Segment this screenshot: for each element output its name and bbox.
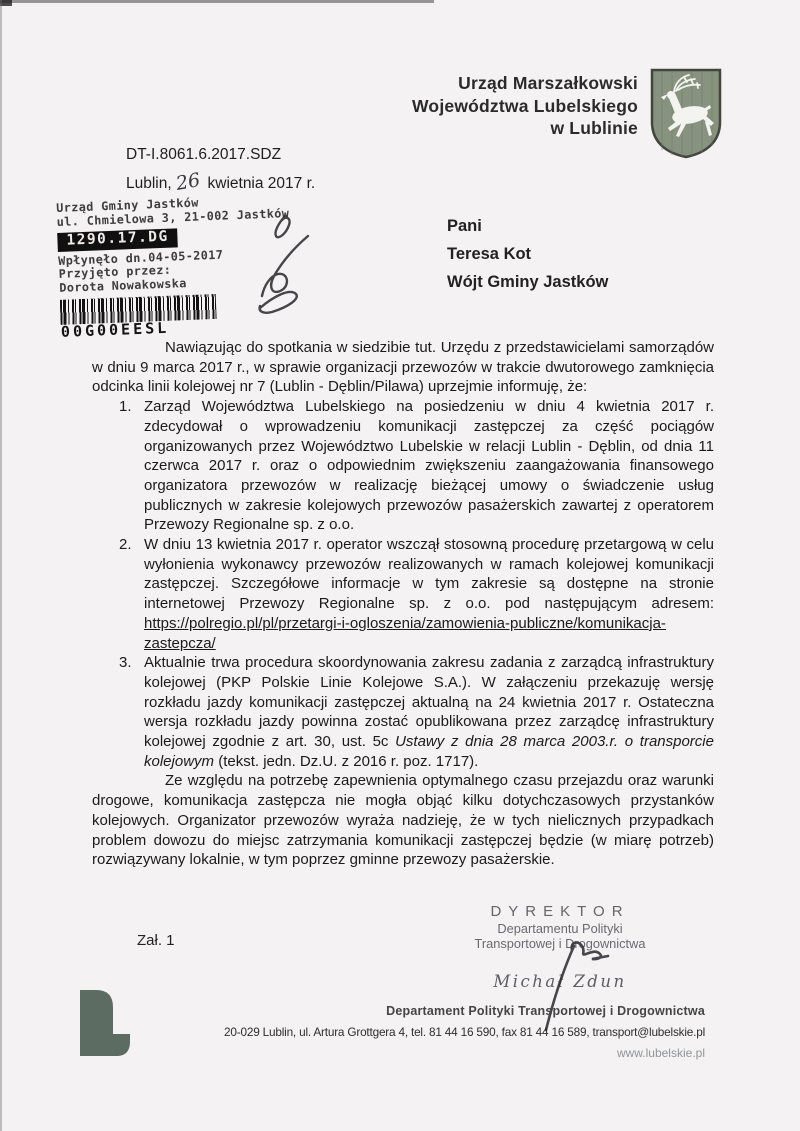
intro-paragraph: Nawiązując do spotkania w siedzibie tut.… (92, 338, 714, 397)
recipient-name: Teresa Kot (447, 240, 608, 268)
footer-department: Departament Polityki Transportowej i Dro… (224, 1004, 705, 1018)
footer-address: 20-029 Lublin, ul. Artura Grottgera 4, t… (224, 1025, 705, 1039)
list-number-1: 1. (119, 397, 132, 417)
signer-dept-line1: Departamentu Polityki (452, 922, 668, 937)
handwritten-day: 26 (174, 169, 202, 195)
letterhead-org: Urząd Marszałkowski Województwa Lubelski… (412, 72, 638, 140)
reference-number: DT-I.8061.6.2017.SDZ (126, 146, 281, 164)
polregio-url: https://polregio.pl/pl/przetargi-i-oglos… (144, 615, 666, 652)
list-item-2-text: W dniu 13 kwietnia 2017 r. operator wszc… (144, 536, 714, 612)
date-prefix: Lublin, (126, 175, 172, 192)
letter-body: Nawiązując do spotkania w siedzibie tut.… (92, 338, 714, 870)
list-item-3-text-after: (tekst. jedn. Dz.U. z 2016 r. poz. 1717)… (214, 753, 478, 770)
date-rest: kwietnia 2017 r. (208, 175, 316, 192)
letterhead-org-line1: Urząd Marszałkowski (412, 72, 638, 95)
list-item-1-text: Zarząd Województwa Lubelskiego na posied… (144, 398, 714, 533)
recipient-title: Wójt Gminy Jastków (447, 268, 608, 296)
footer: Departament Polityki Transportowej i Dro… (224, 1004, 705, 1060)
recipient-salutation: Pani (447, 212, 608, 240)
scan-edge-top (0, 0, 434, 3)
stamp-registration-number: 1290.17.DG (57, 228, 178, 251)
letterhead-org-line2: Województwa Lubelskiego (412, 95, 638, 118)
recipient-block: Pani Teresa Kot Wójt Gminy Jastków (447, 212, 608, 296)
scan-edge-left (0, 0, 2, 1131)
list-item-1: 1. Zarząd Województwa Lubelskiego na pos… (92, 397, 714, 535)
handwritten-mark-icon (190, 208, 320, 323)
coat-of-arms-icon (648, 66, 724, 160)
list-item-3: 3. Aktualnie trwa procedura skoordynowan… (92, 653, 714, 771)
letterhead-org-line3: w Lublinie (412, 117, 638, 140)
signer-title: DYREKTOR (452, 903, 668, 920)
date-line: Lublin, 26 kwietnia 2017 r. (126, 171, 315, 193)
signature-block: DYREKTOR Departamentu Polityki Transport… (452, 903, 668, 991)
footer-website: www.lubelskie.pl (224, 1046, 705, 1060)
closing-paragraph: Ze względu na potrzebę zapewnienia optym… (92, 771, 714, 870)
list-number-3: 3. (119, 653, 132, 673)
list-item-2: 2. W dniu 13 kwietnia 2017 r. operator w… (92, 535, 714, 653)
list-number-2: 2. (119, 535, 132, 555)
lubelskie-l-logo-icon (80, 990, 130, 1056)
attachment-note: Zał. 1 (137, 932, 175, 949)
